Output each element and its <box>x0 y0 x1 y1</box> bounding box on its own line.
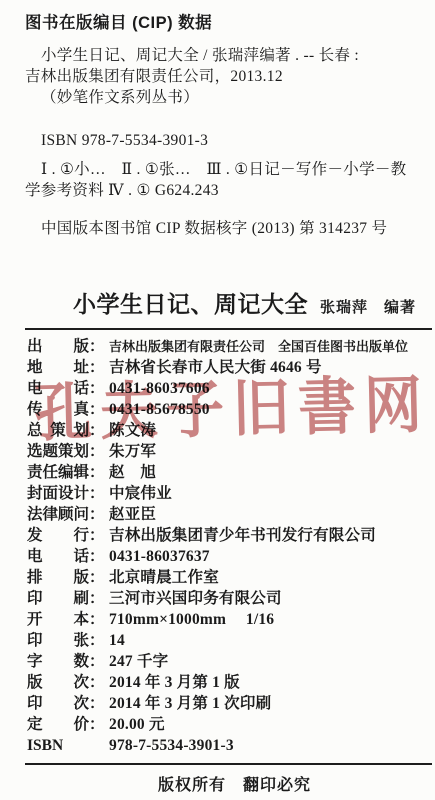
publication-info-row: 开本 ： 710mm×1000mm 1/16 <box>27 609 435 630</box>
info-label: 选题策划 <box>27 441 89 462</box>
info-label: 电话 <box>27 378 89 399</box>
info-colon: ： <box>89 357 105 378</box>
info-label: 字数 <box>27 651 89 672</box>
info-value: 2014 年 3 月第 1 次印刷 <box>109 693 271 714</box>
info-value: 陈文涛 <box>109 420 156 441</box>
info-value: 0431-86037637 <box>109 546 210 567</box>
info-label: 法律顾问 <box>27 504 89 525</box>
copyright-notice: 版权所有 翻印必究 <box>0 772 435 795</box>
info-value: 赵亚臣 <box>109 504 156 525</box>
publication-info-row: 印张 ： 14 <box>27 630 435 651</box>
info-colon: ： <box>89 714 105 735</box>
publication-info-row: 法律顾问 ： 赵亚臣 <box>27 504 435 525</box>
info-colon: ： <box>89 399 105 420</box>
info-value: 吉林省长春市人民大街 4646 号 <box>109 357 322 378</box>
info-label: 发行 <box>27 525 89 546</box>
info-label: 开本 <box>27 609 89 630</box>
info-label: 出版 <box>27 336 89 357</box>
info-label: 排版 <box>27 567 89 588</box>
publication-info-row: 排版 ： 北京晴晨工作室 <box>27 567 435 588</box>
publication-info-row: 定价 ： 20.00 元 <box>27 714 435 735</box>
info-label: 电话 <box>27 546 89 567</box>
info-colon: ： <box>89 483 105 504</box>
info-label: 印张 <box>27 630 89 651</box>
book-author: 张瑞萍 编著 <box>320 296 416 317</box>
cip-record-number: 中国版本图书馆 CIP 数据核字 (2013) 第 314237 号 <box>25 218 431 239</box>
info-colon: ： <box>89 693 105 714</box>
publication-info-row: 总策划 ： 陈文涛 <box>27 420 435 441</box>
info-colon: ： <box>89 630 105 651</box>
publication-info-row: 电话 ： 0431-86037606 <box>27 378 435 399</box>
info-colon: ： <box>89 588 105 609</box>
book-title: 小学生日记、周记大全 <box>73 286 308 319</box>
info-value: 2014 年 3 月第 1 版 <box>109 672 240 693</box>
publication-info-row: 选题策划 ： 朱万军 <box>27 441 435 462</box>
info-colon: ： <box>89 609 105 630</box>
info-value: 三河市兴国印务有限公司 <box>109 588 282 609</box>
info-label: 地址 <box>27 357 89 378</box>
info-colon: ： <box>89 462 105 483</box>
info-value: 朱万军 <box>109 441 156 462</box>
info-value: 20.00 元 <box>109 714 165 735</box>
publication-info-row: 印次 ： 2014 年 3 月第 1 次印刷 <box>27 693 435 714</box>
info-value: 中宸伟业 <box>109 483 172 504</box>
info-colon: ： <box>89 651 105 672</box>
cip-classification-line2: 学参考资料 Ⅳ . ① G624.243 <box>25 180 431 201</box>
cip-series-note: （妙笔作文系列丛书） <box>25 87 431 108</box>
divider-top <box>25 328 432 330</box>
info-label: 责任编辑 <box>27 462 89 483</box>
info-label: 总策划 <box>27 420 89 441</box>
publication-info-row: 封面设计 ： 中宸伟业 <box>27 483 435 504</box>
publication-info-row: 发行 ： 吉林出版集团青少年书刊发行有限公司 <box>27 525 435 546</box>
info-value: 赵 旭 <box>109 462 156 483</box>
divider-bottom <box>25 763 432 765</box>
info-label: ISBN <box>27 735 89 756</box>
info-colon: ： <box>89 504 105 525</box>
book-copyright-page: 图书在版编目 (CIP) 数据 小学生日记、周记大全 / 张瑞萍编著 . -- … <box>0 0 435 800</box>
publication-info-row: 字数 ： 247 千字 <box>27 651 435 672</box>
publication-info-row: 电话 ： 0431-86037637 <box>27 546 435 567</box>
publication-info-row: 版次 ： 2014 年 3 月第 1 版 <box>27 672 435 693</box>
info-value: 吉林出版集团有限责任公司 全国百佳图书出版单位 <box>109 336 408 357</box>
info-value: 247 千字 <box>109 651 168 672</box>
publication-info-row: 印刷 ： 三河市兴国印务有限公司 <box>27 588 435 609</box>
info-label: 印次 <box>27 693 89 714</box>
info-colon: ： <box>89 567 105 588</box>
publication-info-row: 责任编辑 ： 赵 旭 <box>27 462 435 483</box>
title-block: 小学生日记、周记大全 张瑞萍 编著 <box>25 286 431 319</box>
info-colon: ： <box>89 336 105 357</box>
info-colon: ： <box>89 420 105 441</box>
info-label: 定价 <box>27 714 89 735</box>
cip-classification-line1: Ⅰ . ①小… Ⅱ . ①张… Ⅲ . ①日记－写作－小学－教 <box>25 159 431 180</box>
info-colon: ： <box>89 546 105 567</box>
cip-entry-line2: 吉林出版集团有限责任公司，2013.12 <box>25 66 431 87</box>
info-colon: ： <box>89 378 105 399</box>
publication-info-row: 出版 ： 吉林出版集团有限责任公司 全国百佳图书出版单位 <box>27 336 435 357</box>
cip-header: 图书在版编目 (CIP) 数据 <box>25 12 431 34</box>
info-colon: ： <box>89 441 105 462</box>
info-value: 0431-85678550 <box>109 399 210 420</box>
info-value: 978-7-5534-3901-3 <box>109 735 234 756</box>
publication-info-row: ISBN 978-7-5534-3901-3 <box>27 735 435 756</box>
info-label: 版次 <box>27 672 89 693</box>
info-value: 0431-86037606 <box>109 378 210 399</box>
info-value: 710mm×1000mm 1/16 <box>109 609 274 630</box>
info-colon: ： <box>89 525 105 546</box>
info-value: 北京晴晨工作室 <box>109 567 219 588</box>
info-label: 封面设计 <box>27 483 89 504</box>
publication-info-row: 传真 ： 0431-85678550 <box>27 399 435 420</box>
cip-entry-line1: 小学生日记、周记大全 / 张瑞萍编著 . -- 长春 : <box>25 45 431 66</box>
info-colon: ： <box>89 672 105 693</box>
cip-block: 图书在版编目 (CIP) 数据 小学生日记、周记大全 / 张瑞萍编著 . -- … <box>25 12 431 239</box>
info-label: 传真 <box>27 399 89 420</box>
info-value: 14 <box>109 630 125 651</box>
publication-info-table: 出版 ： 吉林出版集团有限责任公司 全国百佳图书出版单位 地址 ： 吉林省长春市… <box>27 336 435 756</box>
info-value: 吉林出版集团青少年书刊发行有限公司 <box>109 525 376 546</box>
info-label: 印刷 <box>27 588 89 609</box>
cip-isbn: ISBN 978-7-5534-3901-3 <box>25 130 431 151</box>
publication-info-row: 地址 ： 吉林省长春市人民大街 4646 号 <box>27 357 435 378</box>
